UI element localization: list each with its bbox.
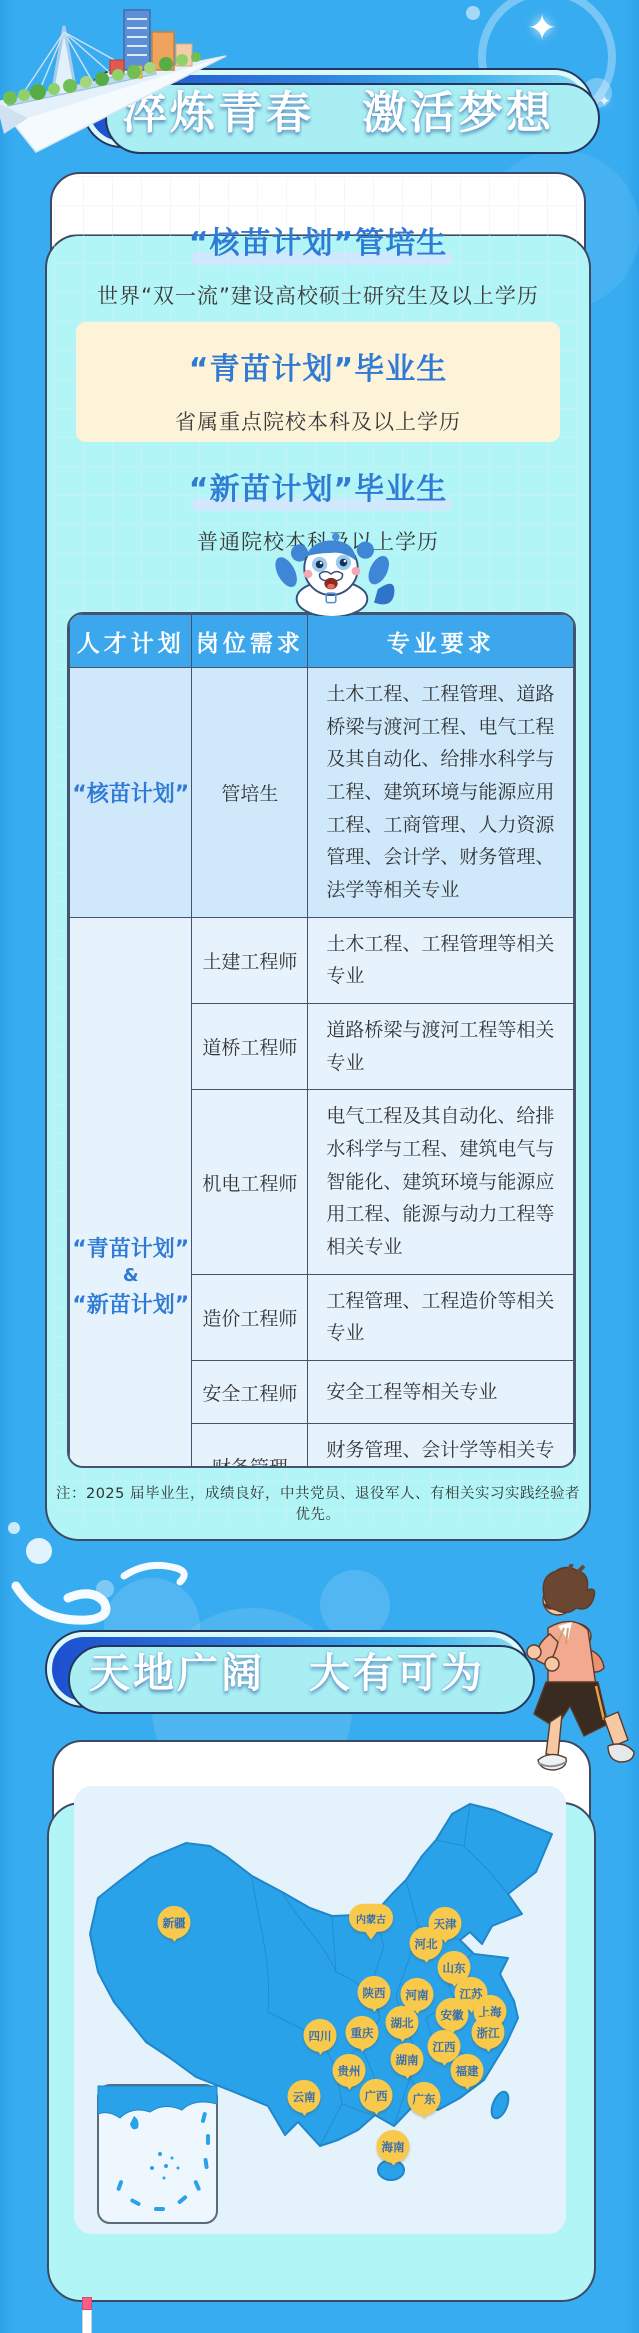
map-pin: 湖北 — [386, 2006, 419, 2039]
program-title: “青苗计划”毕业生 — [189, 344, 447, 388]
position-cell: 道桥工程师 — [192, 1004, 308, 1090]
map-pin: 广西 — [360, 2079, 393, 2112]
majors-cell: 土木工程、工程管理等相关专业 — [308, 917, 574, 1003]
plan-line: “青苗计划” — [71, 1232, 190, 1263]
map-pin-label: 广西 — [360, 2079, 393, 2112]
recruitment-poster: ✦ ✦ — [0, 0, 639, 2333]
map-pin-label: 新疆 — [158, 1906, 191, 1939]
program-desc: 世界“双一流”建设高校硕士研究生及以上学历 — [52, 280, 584, 310]
map-pin: 福建 — [451, 2054, 484, 2087]
map-pin-label: 海南 — [377, 2130, 410, 2163]
map-pin-label: 广东 — [408, 2082, 441, 2115]
map-pin: 海南 — [377, 2130, 410, 2163]
table-row: “青苗计划” & “新苗计划” 土建工程师 土木工程、工程管理等相关专业 — [70, 917, 574, 1003]
map-pin: 陕西 — [358, 1976, 391, 2009]
map-pin-label: 云南 — [288, 2080, 321, 2113]
position-cell: 造价工程师 — [192, 1274, 308, 1360]
map-pin-label: 内蒙古 — [349, 1904, 393, 1932]
majors-cell: 安全工程等相关专业 — [308, 1361, 574, 1424]
bokeh-dot — [8, 1522, 20, 1534]
table-row: “核苗计划” 管培生 土木工程、工程管理、道路桥梁与渡河工程、电气工程及其自动化… — [70, 668, 574, 918]
map-pin: 安徽 — [436, 1998, 469, 2031]
soft-circle — [320, 1570, 390, 1640]
position-cell: 管培生 — [192, 668, 308, 918]
map-pin-label: 四川 — [304, 2019, 337, 2052]
talent-table: 人才计划 岗位需求 专业要求 “核苗计划” 管培生 土木工程、工程管理、道路桥梁… — [67, 612, 576, 1468]
position-cell: 安全工程师 — [192, 1361, 308, 1424]
column-header: 岗位需求 — [192, 615, 308, 668]
position-cell: 财务管理 — [192, 1424, 308, 1468]
sparkle-icon: ✦ — [527, 8, 557, 49]
column-header: 专业要求 — [308, 615, 574, 668]
plan-cell: “核苗计划” — [70, 668, 192, 918]
program-desc: 省属重点院校本科及以上学历 — [52, 406, 584, 436]
map-pin: 重庆 — [346, 2016, 379, 2049]
table-note: 注：2025 届毕业生，成绩良好，中共党员、退役军人、有相关实习实践经验者优先。 — [52, 1482, 584, 1524]
majors-cell: 道路桥梁与渡河工程等相关专业 — [308, 1004, 574, 1090]
map-pin-label: 重庆 — [346, 2016, 379, 2049]
map-pin-label: 湖南 — [391, 2043, 424, 2076]
runner-illustration — [492, 1564, 637, 1799]
plan-cell: “青苗计划” & “新苗计划” — [70, 917, 192, 1468]
program-title: “核苗计划”管培生 — [189, 218, 447, 262]
majors-cell: 财务管理、会计学等相关专业 — [308, 1424, 574, 1468]
paper-plane-illustration — [0, 2, 244, 157]
map-pin: 云南 — [288, 2080, 321, 2113]
map-pin-label: 陕西 — [358, 1976, 391, 2009]
column-header: 人才计划 — [70, 615, 192, 668]
map-panel: 新疆 内蒙古 天津 河北 山东 陕西 河南 江苏 安徽 上海 湖北 浙江 四川 … — [74, 1786, 566, 2234]
mascot-illustration — [264, 532, 399, 616]
map-card: 新疆 内蒙古 天津 河北 山东 陕西 河南 江苏 安徽 上海 湖北 浙江 四川 … — [52, 1740, 591, 2287]
map-pin: 浙江 — [472, 2016, 505, 2049]
program-title: “新苗计划”毕业生 — [189, 464, 447, 508]
majors-cell: 土木工程、工程管理、道路桥梁与渡河工程、电气工程及其自动化、给排水科学与工程、建… — [308, 668, 574, 918]
map-pin-label: 浙江 — [472, 2016, 505, 2049]
majors-cell: 电气工程及其自动化、给排水科学与工程、建筑电气与智能化、建筑环境与能源应用工程、… — [308, 1090, 574, 1274]
second-banner-title: 天地广阔 大有可为 — [89, 1640, 485, 1699]
majors-cell: 工程管理、工程造价等相关专业 — [308, 1274, 574, 1360]
program-title-text: “核苗计划”管培生 — [189, 226, 447, 261]
map-pin-label: 福建 — [451, 2054, 484, 2087]
second-banner: 天地广阔 大有可为 — [47, 1632, 527, 1706]
plan-line: “新苗计划” — [71, 1288, 190, 1319]
program-title-text: “新苗计划”毕业生 — [189, 472, 447, 507]
position-cell: 土建工程师 — [192, 917, 308, 1003]
flag-pole-cap — [82, 2297, 92, 2310]
plan-line: & — [71, 1265, 190, 1286]
program-block-1: “核苗计划”管培生 世界“双一流”建设高校硕士研究生及以上学历 — [52, 218, 584, 310]
flag-pole — [82, 2297, 92, 2333]
program-block-2: “青苗计划”毕业生 省属重点院校本科及以上学历 — [52, 344, 584, 436]
map-pin: 湖南 — [391, 2043, 424, 2076]
map-pin-label: 湖北 — [386, 2006, 419, 2039]
map-pin: 四川 — [304, 2019, 337, 2052]
intro-card: “核苗计划”管培生 世界“双一流”建设高校硕士研究生及以上学历 “青苗计划”毕业… — [50, 172, 586, 1526]
table-header-row: 人才计划 岗位需求 专业要求 — [70, 615, 574, 668]
map-pin: 新疆 — [158, 1906, 191, 1939]
map-pin-label: 安徽 — [436, 1998, 469, 2031]
map-pin: 内蒙古 — [349, 1904, 393, 1932]
position-cell: 机电工程师 — [192, 1090, 308, 1274]
program-title-text: “青苗计划”毕业生 — [189, 352, 447, 387]
bokeh-dot — [466, 6, 480, 20]
feather-swirl — [8, 1558, 208, 1638]
map-pin: 广东 — [408, 2082, 441, 2115]
